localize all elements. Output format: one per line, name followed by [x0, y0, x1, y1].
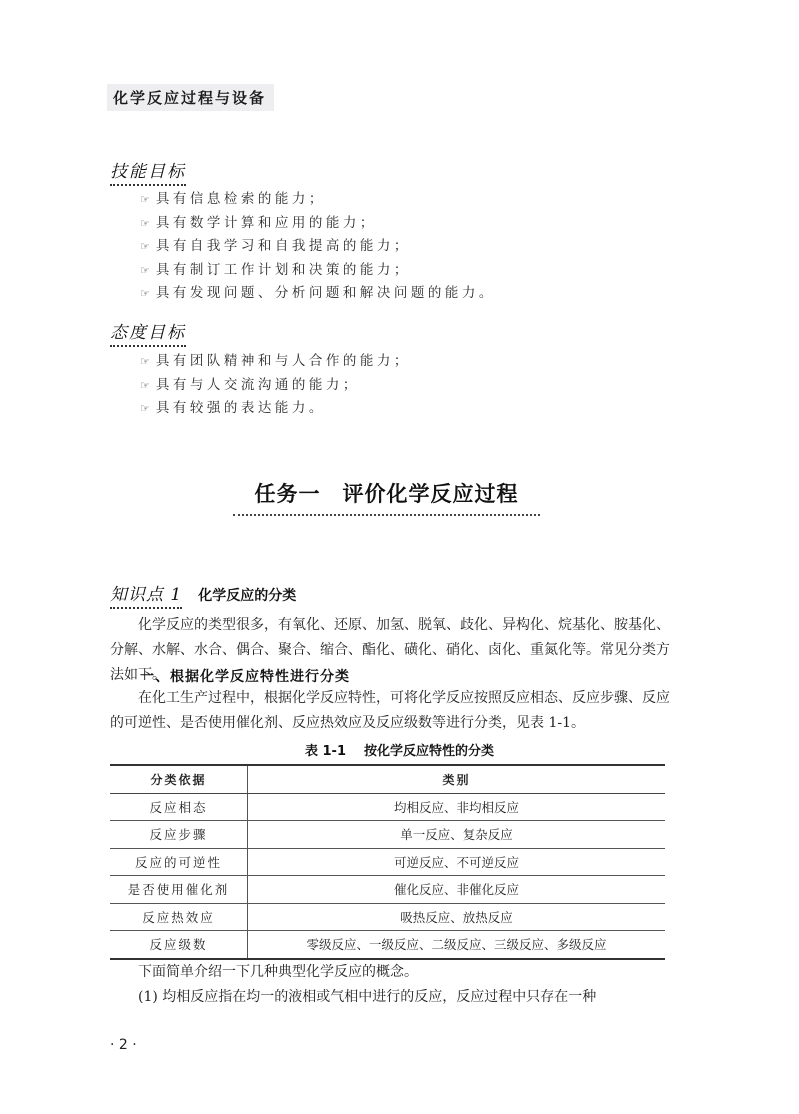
skill-goals-title: 技能目标	[110, 157, 186, 186]
knowledge-point-heading: 知识点 1化学反应的分类	[110, 580, 296, 605]
table-row: 反应步骤单一反应、复杂反应	[110, 821, 665, 849]
pointing-hand-icon: ☞	[140, 240, 150, 253]
list-item: ☞具有与人交流沟通的能力；	[140, 374, 411, 398]
section-paragraph: 在化工生产过程中，根据化学反应特性，可将化学反应按照反应相态、反应步骤、反应的可…	[110, 686, 670, 736]
list-item: ☞具有制订工作计划和决策的能力；	[140, 259, 496, 283]
table-row: 是否使用催化剂催化反应、非催化反应	[110, 876, 665, 904]
table-row: 反应的可逆性可逆反应、不可逆反应	[110, 848, 665, 876]
item-1-paragraph: (1) 均相反应指在均一的液相或气相中进行的反应，反应过程中只存在一种	[110, 985, 670, 1010]
skill-goals-list: ☞具有信息检索的能力； ☞具有数学计算和应用的能力； ☞具有自我学习和自我提高的…	[140, 188, 496, 306]
pointing-hand-icon: ☞	[140, 402, 150, 415]
page-number: · 2 ·	[110, 1037, 137, 1053]
pointing-hand-icon: ☞	[140, 287, 150, 300]
list-item: ☞具有数学计算和应用的能力；	[140, 212, 496, 236]
section-heading: 一、根据化学反应特性进行分类	[140, 666, 350, 686]
list-item: ☞具有团队精神和与人合作的能力；	[140, 350, 411, 374]
column-header: 分类依据	[110, 765, 248, 793]
attitude-goals-title: 态度目标	[110, 318, 186, 347]
attitude-goals-list: ☞具有团队精神和与人合作的能力； ☞具有与人交流沟通的能力； ☞具有较强的表达能…	[140, 350, 411, 421]
pointing-hand-icon: ☞	[140, 217, 150, 230]
pointing-hand-icon: ☞	[140, 355, 150, 368]
classification-table: 分类依据 类别 反应相态均相反应、非均相反应 反应步骤单一反应、复杂反应 反应的…	[110, 764, 665, 960]
knowledge-point-title: 化学反应的分类	[198, 588, 296, 604]
pointing-hand-icon: ☞	[140, 264, 150, 277]
table-header-row: 分类依据 类别	[110, 765, 665, 793]
pointing-hand-icon: ☞	[140, 193, 150, 206]
list-item: ☞具有自我学习和自我提高的能力；	[140, 235, 496, 259]
list-item: ☞具有信息检索的能力；	[140, 188, 496, 212]
table-row: 反应相态均相反应、非均相反应	[110, 793, 665, 821]
after-table-paragraph: 下面简单介绍一下几种典型化学反应的概念。	[110, 960, 670, 985]
list-item: ☞具有较强的表达能力。	[140, 397, 411, 421]
table-row: 反应级数零级反应、一级反应、二级反应、三级反应、多级反应	[110, 931, 665, 959]
pointing-hand-icon: ☞	[140, 379, 150, 392]
column-header: 类别	[248, 765, 666, 793]
running-header: 化学反应过程与设备	[107, 84, 274, 111]
task-title: 任务一评价化学反应过程	[233, 478, 540, 516]
table-row: 反应热效应吸热反应、放热反应	[110, 903, 665, 931]
knowledge-point-label: 知识点 1	[110, 585, 182, 609]
list-item: ☞具有发现问题、分析问题和解决问题的能力。	[140, 282, 496, 306]
table-caption: 表 1-1按化学反应特性的分类	[0, 740, 799, 759]
